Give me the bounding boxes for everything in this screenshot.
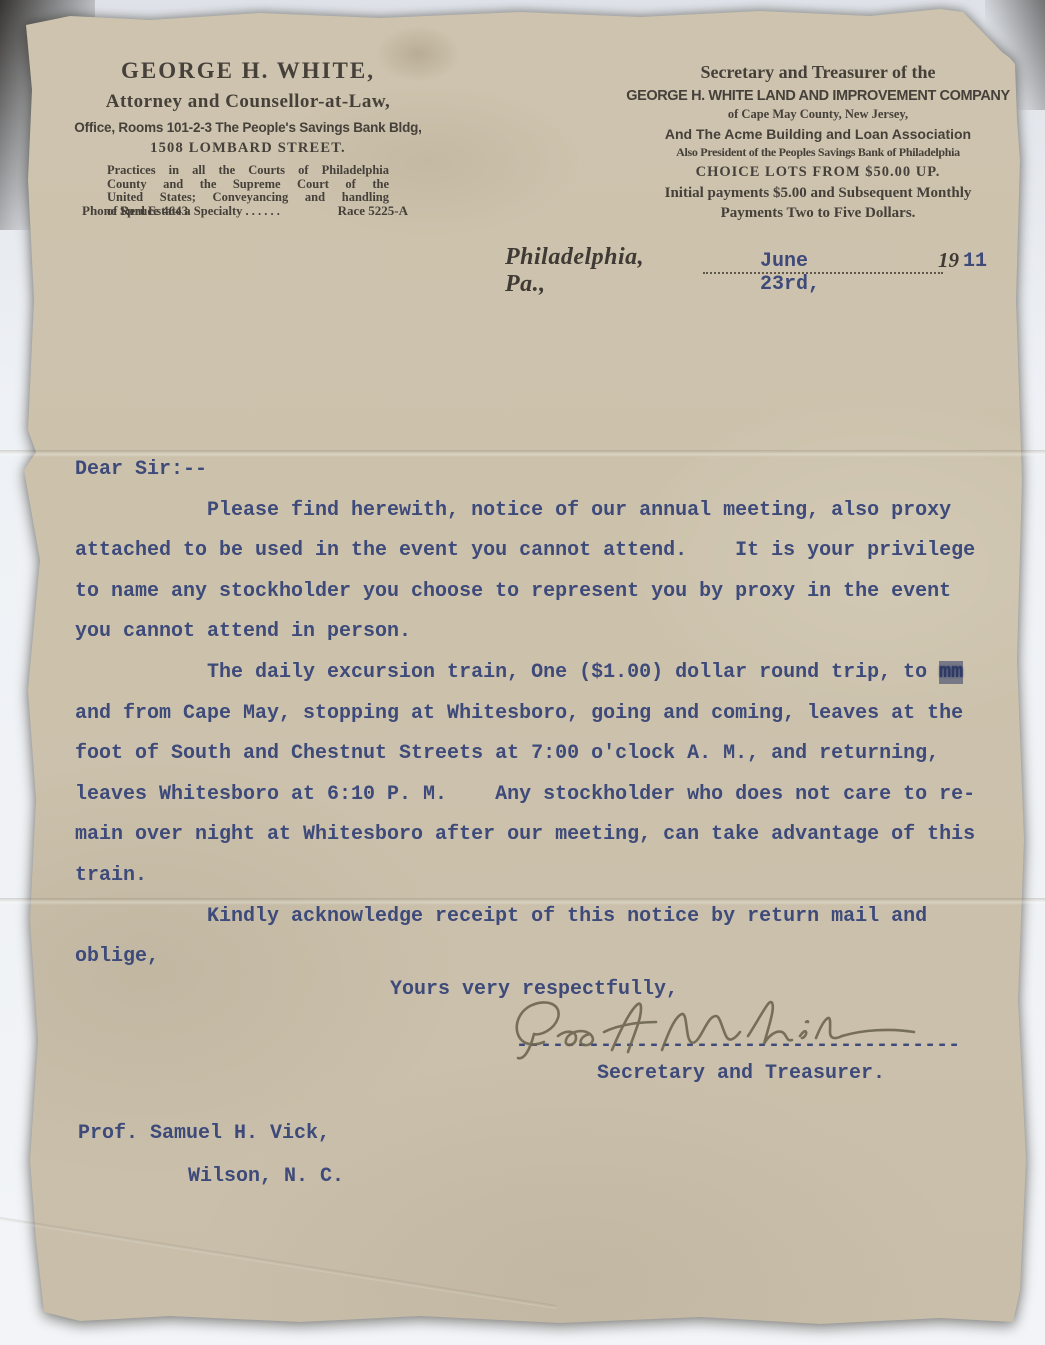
practices-line: County and the Supreme Court of the xyxy=(107,178,389,192)
typed-line-text: The daily excursion train, One ($1.00) d… xyxy=(75,661,939,684)
office-address: Office, Rooms 101-2-3 The People's Savin… xyxy=(58,120,438,135)
scanned-letter-page: GEORGE H. WHITE, Attorney and Counsellor… xyxy=(0,0,1045,1345)
phone-row: Phone Spruce 4643 Race 5225-A xyxy=(82,203,408,219)
dateline-typed-year: 11 xyxy=(963,250,987,273)
phone-number-race: Race 5225-A xyxy=(338,203,408,219)
typed-line-with-strikeover: The daily excursion train, One ($1.00) d… xyxy=(75,653,990,694)
dateline-printed-year: 19 xyxy=(938,248,959,273)
letter-body: Dear Sir:-- Please find herewith, notice… xyxy=(75,450,990,978)
typed-line: leaves Whitesboro at 6:10 P. M. Any stoc… xyxy=(75,775,990,816)
street-address: 1508 LOMBARD STREET. xyxy=(58,140,438,157)
signature-geo-h-white xyxy=(500,992,920,1064)
initial-payments-line: Initial payments $5.00 and Subsequent Mo… xyxy=(618,185,1018,202)
acme-association-line: And The Acme Building and Loan Associati… xyxy=(618,126,1018,142)
attorney-name: GEORGE H. WHITE, xyxy=(58,58,438,84)
company-name: GEORGE H. WHITE LAND AND IMPROVEMENT COM… xyxy=(618,88,1018,104)
president-line: Also President of the Peoples Savings Ba… xyxy=(618,145,1018,160)
choice-lots-line: CHOICE LOTS FROM $50.00 UP. xyxy=(618,164,1018,181)
dateline-typed-date: June 23rd, xyxy=(760,250,820,296)
letterhead-left-block: GEORGE H. WHITE, Attorney and Counsellor… xyxy=(58,58,438,218)
typed-line: foot of South and Chestnut Streets at 7:… xyxy=(75,734,990,775)
typed-line: main over night at Whitesboro after our … xyxy=(75,815,990,856)
dateline-place: Philadelphia, Pa., xyxy=(505,244,644,298)
typed-line: to name any stockholder you choose to re… xyxy=(75,572,990,613)
signer-title: Secretary and Treasurer. xyxy=(597,1062,885,1085)
practices-line: Practices in all the Courts of Philadelp… xyxy=(107,164,389,178)
monthly-payments-line: Payments Two to Five Dollars. xyxy=(618,205,1018,222)
dateline-dotted-rule xyxy=(703,272,943,274)
typed-line: oblige, xyxy=(75,937,990,978)
company-location: of Cape May County, New Jersey, xyxy=(618,107,1018,122)
strikeover-blot: mm xyxy=(939,661,963,684)
recipient-city: Wilson, N. C. xyxy=(188,1165,344,1188)
typed-line: attached to be used in the event you can… xyxy=(75,531,990,572)
recipient-name: Prof. Samuel H. Vick, xyxy=(78,1122,330,1145)
letterhead-right-block: Secretary and Treasurer of the GEORGE H.… xyxy=(618,62,1018,222)
typed-line: and from Cape May, stopping at Whitesbor… xyxy=(75,694,990,735)
secretary-treasurer-line: Secretary and Treasurer of the xyxy=(618,62,1018,83)
salutation: Dear Sir:-- xyxy=(75,450,990,491)
typed-line: train. xyxy=(75,856,990,897)
typed-line: Kindly acknowledge receipt of this notic… xyxy=(75,897,990,938)
attorney-title: Attorney and Counsellor-at-Law, xyxy=(58,91,438,113)
phone-number-spruce: Phone Spruce 4643 xyxy=(82,203,188,219)
typed-line: Please find herewith, notice of our annu… xyxy=(75,491,990,532)
typed-line: you cannot attend in person. xyxy=(75,612,990,653)
